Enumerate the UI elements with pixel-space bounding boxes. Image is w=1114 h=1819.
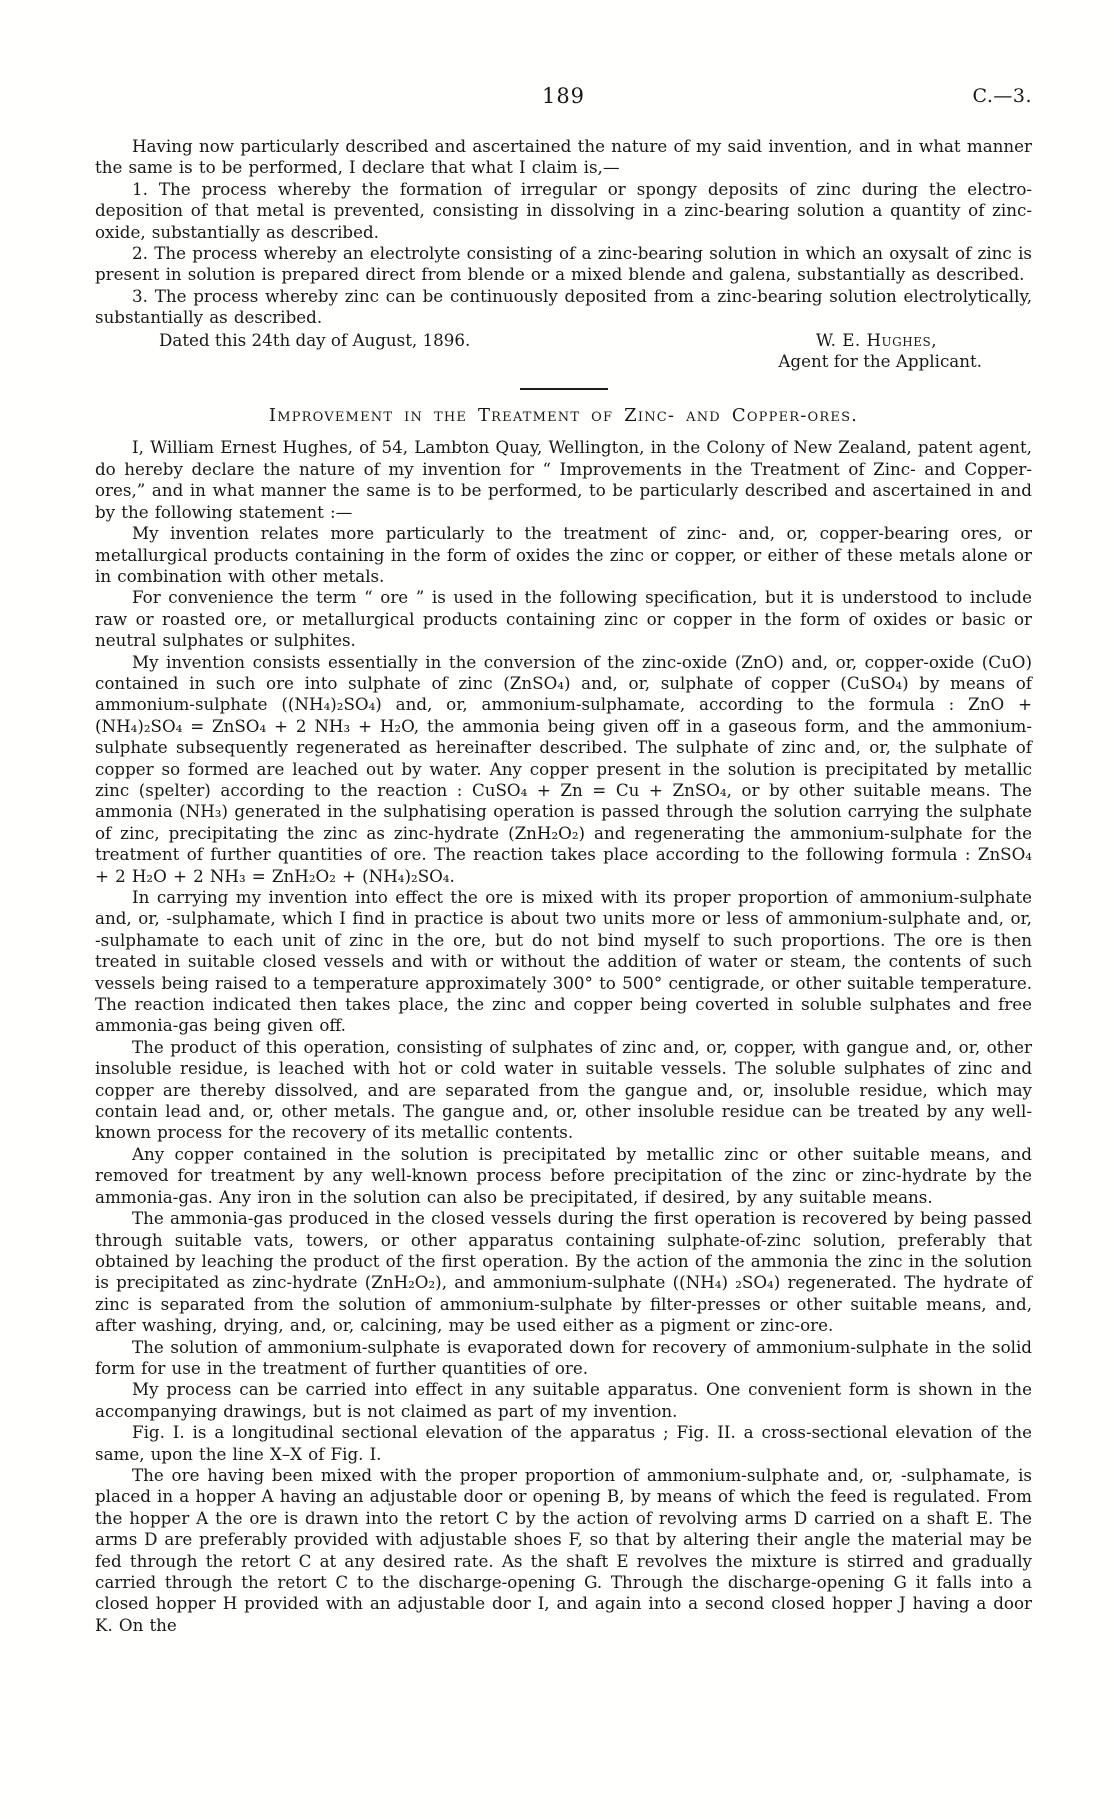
- article-paragraph: The ammonia-gas produced in the closed v…: [95, 1208, 1032, 1336]
- article-paragraph: My invention relates more particularly t…: [95, 523, 1032, 587]
- section-divider: [520, 388, 608, 390]
- signature-row: Dated this 24th day of August, 1896. W. …: [95, 330, 1032, 351]
- dated-line: Dated this 24th day of August, 1896.: [95, 330, 470, 351]
- folio-mark: C.—3.: [972, 85, 1032, 107]
- article-paragraph: I, William Ernest Hughes, of 54, Lambton…: [95, 437, 1032, 523]
- article-paragraph: Any copper contained in the solution is …: [95, 1144, 1032, 1208]
- scanned-patent-page: 189 C.—3. Having now particularly descri…: [0, 0, 1114, 1819]
- page-content: 189 C.—3. Having now particularly descri…: [95, 84, 1032, 1636]
- signature-name: W. E. Hughes,: [816, 330, 937, 351]
- article-paragraph: In carrying my invention into effect the…: [95, 887, 1032, 1037]
- article-paragraph: The product of this operation, consistin…: [95, 1037, 1032, 1144]
- article-paragraph: My invention consists essentially in the…: [95, 652, 1032, 887]
- signature-role: Agent for the Applicant.: [778, 351, 982, 371]
- article-title: Improvement in the Treatment of Zinc- an…: [95, 404, 1032, 428]
- article-paragraph: My process can be carried into effect in…: [95, 1379, 1032, 1422]
- article-paragraph: For convenience the term “ ore ” is used…: [95, 587, 1032, 651]
- claim-1: 1. The process whereby the formation of …: [95, 179, 1032, 243]
- page-number: 189: [95, 84, 1032, 108]
- claims-intro: Having now particularly described and as…: [95, 136, 1032, 179]
- claim-2: 2. The process whereby an electrolyte co…: [95, 243, 1032, 286]
- article-paragraph: The ore having been mixed with the prope…: [95, 1465, 1032, 1636]
- article-paragraph: Fig. I. is a longitudinal sectional elev…: [95, 1422, 1032, 1465]
- claim-3: 3. The process whereby zinc can be conti…: [95, 286, 1032, 329]
- page-header: 189 C.—3.: [95, 84, 1032, 114]
- signature-role-row: Agent for the Applicant.: [95, 351, 1032, 372]
- article-paragraph: The solution of ammonium-sulphate is eva…: [95, 1337, 1032, 1380]
